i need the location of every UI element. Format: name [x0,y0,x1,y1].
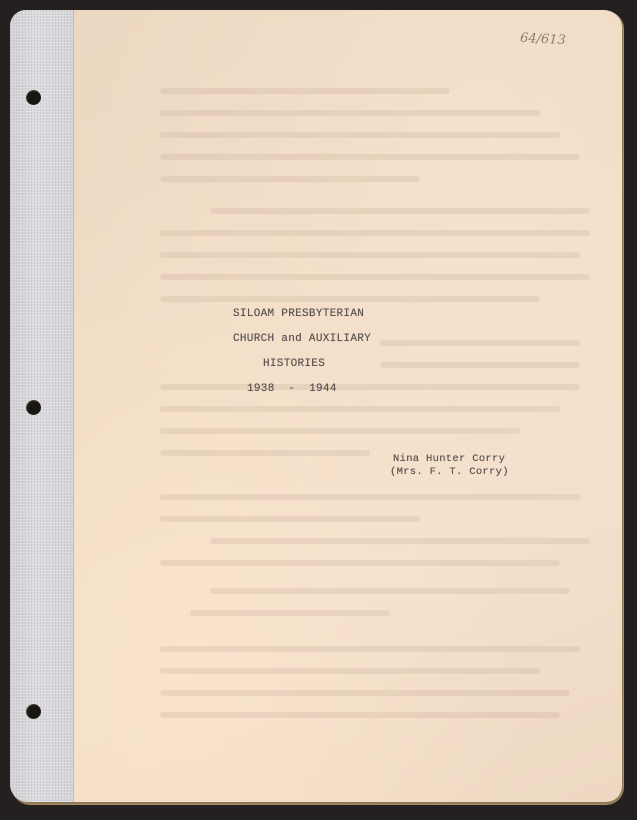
cloth-binding-spine [10,10,74,802]
title-line-3: HISTORIES [263,358,325,370]
author-married-name: (Mrs. F. T. Corry) [390,466,509,478]
title-line-2: CHURCH and AUXILIARY [233,333,371,345]
accession-number-pencil: 64/613 [520,31,566,48]
binder-hole-middle [26,400,41,415]
binder-hole-bottom [26,704,41,719]
author-name: Nina Hunter Corry [393,453,505,465]
binder-hole-top [26,90,41,105]
document-page: 64/613 SILOAM PRESBYTERIAN CHURCH and AU… [10,10,622,802]
title-line-years: 1938 - 1944 [247,383,337,395]
title-line-1: SILOAM PRESBYTERIAN [233,308,364,320]
